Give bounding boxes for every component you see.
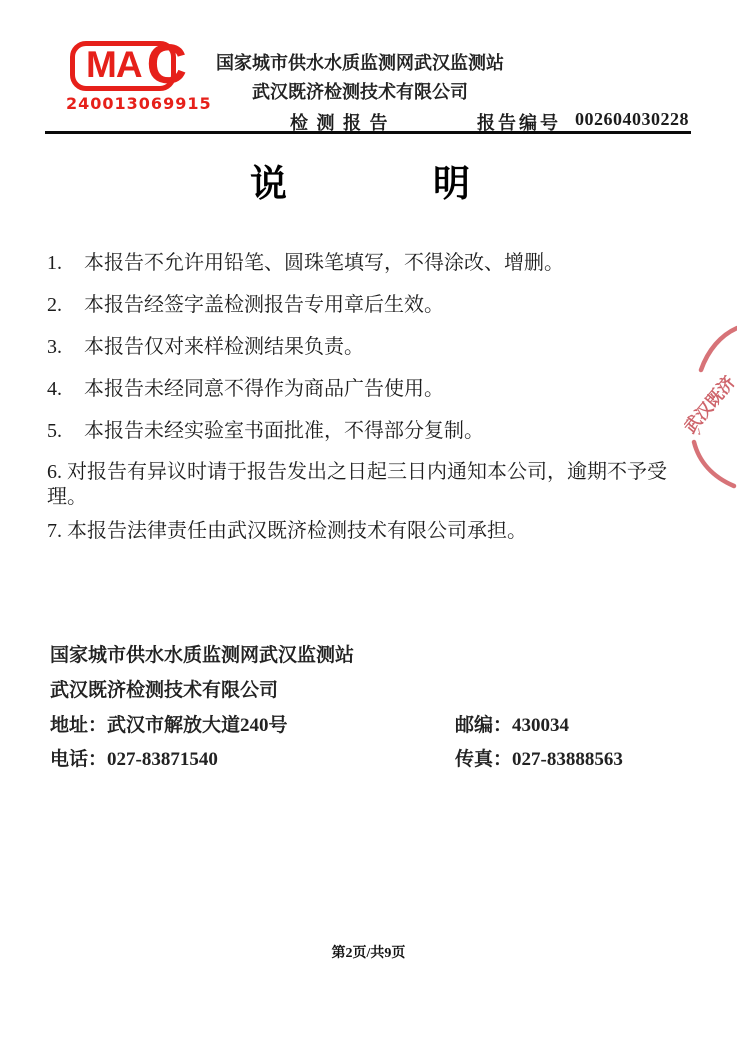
page-title-char1: 说 <box>250 153 287 207</box>
note-text: 本报告仅对来样检测结果负责。 <box>84 336 364 358</box>
footer-org1: 国家城市供水水质监测网武汉监测站 <box>50 646 690 666</box>
footer-info: 国家城市供水水质监测网武汉监测站 武汉既济检测技术有限公司 地址：武汉市解放大道… <box>50 646 690 784</box>
postcode-value: 430034 <box>512 715 569 736</box>
note-text: 本报告不允许用铅笔、圆珠笔填写，不得涂改、增删。 <box>84 252 564 274</box>
report-number-value: 002604030228 <box>575 109 689 130</box>
cma-ma-letters: MA <box>86 44 142 86</box>
page-title: 说 明 <box>0 153 720 207</box>
phone-field: 电话：027-83871540 <box>50 750 455 770</box>
company-seal-partial: 武汉既济 ✓ <box>684 322 737 490</box>
note-number: 4. <box>47 376 84 402</box>
fax-value: 027-83888563 <box>512 749 623 770</box>
phone-value: 027-83871540 <box>107 749 218 770</box>
note-number: 2. <box>47 292 84 318</box>
note-number: 6. <box>47 461 62 483</box>
postcode-label: 邮编： <box>455 715 512 736</box>
org-name-line1: 国家城市供水水质监测网武汉监测站 <box>160 49 560 78</box>
list-item: 1.本报告不允许用铅笔、圆珠笔填写，不得涂改、增删。 <box>47 250 695 276</box>
note-text: 本报告法律责任由武汉既济检测技术有限公司承担。 <box>67 520 527 542</box>
footer-address-row: 地址：武汉市解放大道240号 邮编：430034 <box>50 716 690 736</box>
note-text: 对报告有异议时请于报告发出之日起三日内通知本公司，逾期不予受理。 <box>47 461 667 508</box>
seal-arc-top <box>701 328 737 370</box>
list-item: 3.本报告仅对来样检测结果负责。 <box>47 334 695 360</box>
fax-field: 传真：027-83888563 <box>455 750 623 770</box>
note-number: 3. <box>47 334 84 360</box>
address-value: 武汉市解放大道240号 <box>107 715 288 736</box>
note-number: 1. <box>47 250 84 276</box>
note-number: 7. <box>47 520 62 542</box>
note-text: 本报告未经同意不得作为商品广告使用。 <box>84 378 444 400</box>
list-item: 6.对报告有异议时请于报告发出之日起三日内通知本公司，逾期不予受理。 <box>47 460 695 510</box>
phone-label: 电话： <box>50 749 107 770</box>
org-name-line2: 武汉既济检测技术有限公司 <box>160 78 560 107</box>
fax-label: 传真： <box>455 749 512 770</box>
note-text: 本报告经签字盖检测报告专用章后生效。 <box>84 294 444 316</box>
page-number: 第2页/共9页 <box>0 942 737 962</box>
page-title-char2: 明 <box>433 153 470 207</box>
note-number: 5. <box>47 418 84 444</box>
list-item: 4.本报告未经同意不得作为商品广告使用。 <box>47 376 695 402</box>
org-header: 国家城市供水水质监测网武汉监测站 武汉既济检测技术有限公司 <box>160 49 560 107</box>
footer-org2: 武汉既济检测技术有限公司 <box>50 681 690 701</box>
address-field: 地址：武汉市解放大道240号 <box>50 716 455 736</box>
list-item: 7.本报告法律责任由武汉既济检测技术有限公司承担。 <box>47 518 695 544</box>
notes-list: 1.本报告不允许用铅笔、圆珠笔填写，不得涂改、增删。 2.本报告经签字盖检测报告… <box>47 250 695 560</box>
postcode-field: 邮编：430034 <box>455 716 569 736</box>
footer-phone-row: 电话：027-83871540 传真：027-83888563 <box>50 750 690 770</box>
header-divider <box>45 131 691 134</box>
report-page: MA C 240013069915 国家城市供水水质监测网武汉监测站 武汉既济检… <box>0 0 737 1041</box>
seal-arc-bottom <box>694 442 734 486</box>
list-item: 2.本报告经签字盖检测报告专用章后生效。 <box>47 292 695 318</box>
note-text: 本报告未经实验室书面批准，不得部分复制。 <box>84 420 484 442</box>
list-item: 5.本报告未经实验室书面批准，不得部分复制。 <box>47 418 695 444</box>
address-label: 地址： <box>50 715 107 736</box>
report-header-line: 检 测 报 告 报告编号 002604030228 <box>0 109 737 131</box>
seal-text: 武汉既济 <box>684 372 737 437</box>
